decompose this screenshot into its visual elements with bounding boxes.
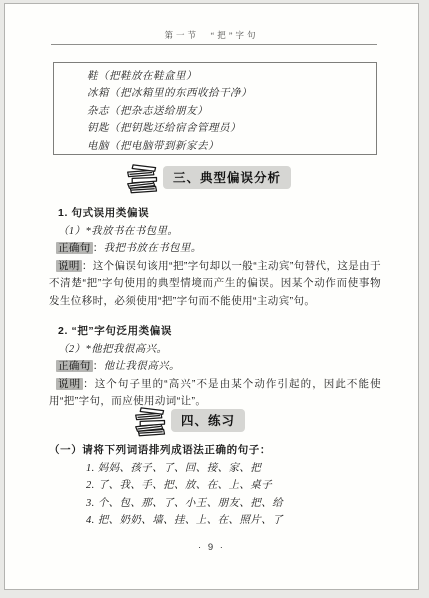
exercise-instruction: （一）请将下列词语排列成语法正确的句子： <box>49 442 381 460</box>
correct-sentence: 我把书放在书包里。 <box>104 243 202 254</box>
example-line: 钥匙（把钥匙还给宿舍管理员） <box>87 120 368 137</box>
note-label-badge: 说明 <box>56 378 83 390</box>
note-label-badge: 说明 <box>56 260 82 272</box>
correct-label-badge: 正确句 <box>56 360 93 372</box>
exercise-body: （一）请将下列词语排列成语法正确的句子： 1. 妈妈、孩子、了、回、接、家、把 … <box>49 442 381 530</box>
books-stack-icon <box>125 160 161 195</box>
example-line: 鞋（把鞋放在鞋盒里） <box>87 68 368 85</box>
note-text: 这个偏误句该用“把”字句却以一般“主动宾”句替代，这是由于不清楚“把”字句使用的… <box>49 260 381 307</box>
section-practice-header: 四、练习 <box>133 403 245 438</box>
example-box: 鞋（把鞋放在鞋盒里） 冰箱（把冰箱里的东西收拾干净） 杂志（把杂志送给朋友） 钥… <box>53 62 377 155</box>
exercise-item: 1. 妈妈、孩子、了、回、接、家、把 <box>86 460 381 478</box>
running-header: 第一节 “把”字句 <box>5 29 418 41</box>
example-line: 冰箱（把冰箱里的东西收拾干净） <box>87 85 368 102</box>
section-analysis-header: 三、典型偏误分析 <box>125 160 291 195</box>
analysis-item2-correct: 正确句：他让我很高兴。 <box>49 358 381 376</box>
analysis-item1-note: 说明：这个偏误句该用“把”字句却以一般“主动宾”句替代，这是由于不清楚“把”字句… <box>49 258 381 311</box>
colon: ： <box>83 378 95 390</box>
analysis-item1-example: （1）*我放书在书包里。 <box>49 223 381 241</box>
analysis-item2-example: （2）*他把我很高兴。 <box>49 341 381 359</box>
analysis-item1-heading: 1. 句式误用类偏误 <box>49 205 381 223</box>
colon: ： <box>93 242 104 254</box>
colon: ： <box>82 260 93 272</box>
correct-label-badge: 正确句 <box>56 242 93 254</box>
colon: ： <box>93 360 104 372</box>
exercise-item: 2. 了、我、手、把、放、在、上、桌子 <box>86 477 381 495</box>
books-stack-icon <box>133 403 169 438</box>
analysis-item2-heading: 2. “把”字句泛用类偏误 <box>49 323 381 341</box>
example-line: 杂志（把杂志送给朋友） <box>87 103 368 120</box>
textbook-page: 第一节 “把”字句 鞋（把鞋放在鞋盒里） 冰箱（把冰箱里的东西收拾干净） 杂志（… <box>4 3 419 590</box>
section-analysis-title: 三、典型偏误分析 <box>163 166 291 189</box>
section-practice-title: 四、练习 <box>171 409 245 432</box>
exercise-item: 4. 把、奶奶、墙、挂、上、在、照片、了 <box>86 512 381 530</box>
analysis-item1-correct: 正确句：我把书放在书包里。 <box>49 240 381 258</box>
page-number: · 9 · <box>5 542 418 553</box>
analysis-body: 1. 句式误用类偏误 （1）*我放书在书包里。 正确句：我把书放在书包里。 说明… <box>49 205 381 411</box>
example-line: 电脑（把电脑带到新家去） <box>87 138 368 155</box>
header-rule <box>51 44 377 45</box>
correct-sentence: 他让我很高兴。 <box>104 361 180 372</box>
exercise-item: 3. 个、包、那、了、小王、朋友、把、给 <box>86 495 381 513</box>
